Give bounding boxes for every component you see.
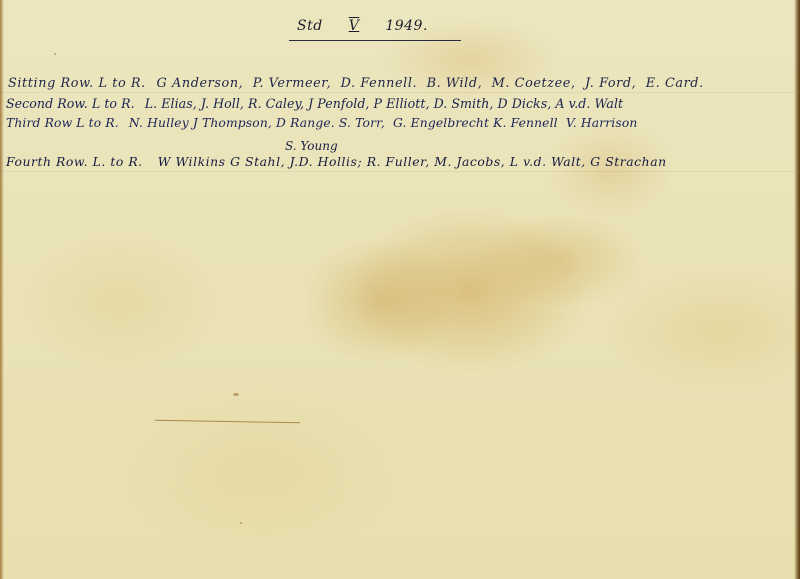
row-label: Second Row. L to R. (6, 96, 135, 111)
aged-paper-document: Std V 1949. Sitting Row. L to R. G Ander… (0, 0, 800, 579)
student-name: A v.d. Walt (555, 96, 623, 111)
heading-year: 1949. (385, 18, 428, 34)
student-name: P. Vermeer, (253, 76, 332, 91)
row-fourth: Fourth Row. L. to R. W Wilkins G Stahl, … (6, 154, 667, 170)
document-heading: Std V 1949. (297, 18, 457, 40)
student-name: G Anderson, (157, 76, 244, 91)
row-second: Second Row. L to R. L. Elias, J. Holl, R… (6, 96, 623, 112)
heading-grade: V (349, 18, 360, 34)
row-label: Third Row L to R. (6, 116, 119, 130)
student-name: L v.d. Walt, (510, 154, 586, 169)
student-name: J. Holl, (201, 96, 244, 111)
student-name: K. Fennell (493, 116, 558, 130)
paper-edge-right (794, 0, 800, 579)
student-name: J.D. Hollis; (290, 154, 363, 169)
student-name: S. Torr, (339, 116, 385, 130)
student-name: D Range. (276, 116, 335, 130)
stain-spot (240, 522, 242, 524)
student-name: G Strachan (590, 154, 666, 169)
inserted-name-note: S. Young (285, 139, 338, 153)
student-name: G. Engelbrecht (393, 116, 489, 130)
student-name: B. Wild, (427, 76, 483, 91)
student-name: P Elliott, (374, 96, 430, 111)
stain-spot (233, 393, 239, 396)
stain-spot (54, 53, 56, 55)
row-label: Sitting Row. L to R. (8, 76, 146, 91)
student-name: D. Fennell. (341, 76, 418, 91)
student-name: J. Ford, (585, 76, 636, 91)
student-name: M. Coetzee, (492, 76, 576, 91)
student-name: G Stahl, (230, 154, 285, 169)
heading-underline (289, 40, 461, 41)
paper-edge-left (0, 0, 4, 579)
student-name: E. Card. (646, 76, 704, 91)
student-name: D. Smith, (434, 96, 494, 111)
student-name: R. Fuller, (367, 154, 430, 169)
paper-crack (155, 420, 300, 427)
row-third: Third Row L to R. N. Hulley J Thompson, … (6, 115, 637, 131)
student-name: W Wilkins (158, 154, 226, 169)
student-name: D Dicks, (498, 96, 552, 111)
faint-rule (0, 92, 800, 93)
faint-rule (0, 171, 800, 172)
student-name: J Penfold, (308, 96, 369, 111)
student-name: L. Elias, (145, 96, 197, 111)
student-name: M. Jacobs, (434, 154, 505, 169)
student-name: N. Hulley (129, 116, 189, 130)
student-name: R. Caley, (248, 96, 304, 111)
student-name: J Thompson, (193, 116, 272, 130)
heading-class: Std (297, 18, 323, 34)
student-name: V. Harrison (566, 116, 638, 130)
row-sitting: Sitting Row. L to R. G Anderson, P. Verm… (8, 76, 704, 92)
row-label: Fourth Row. L. to R. (6, 154, 143, 169)
